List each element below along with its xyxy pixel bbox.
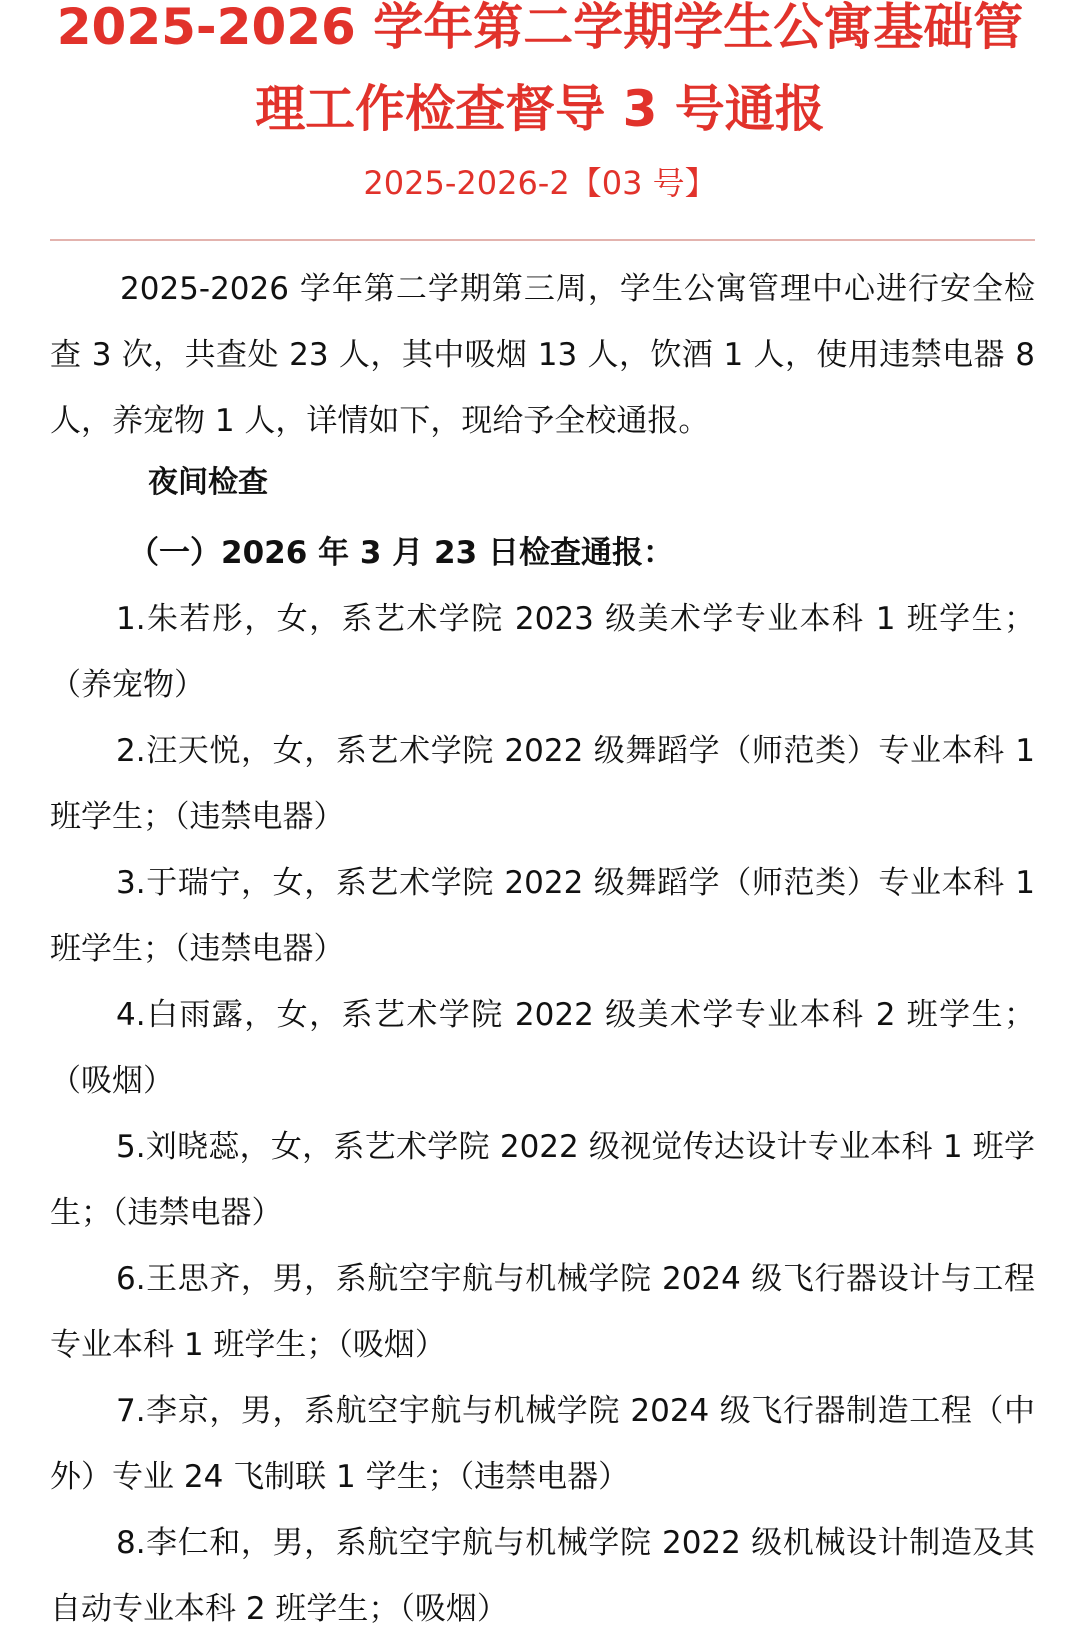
list-item: 3.于瑞宁，女，系艺术学院 2022 级舞蹈学（师范类）专业本科 1 班学生；（… — [50, 850, 1035, 982]
document-number: 2025-2026-2【03 号】 — [0, 163, 1080, 203]
list-item: 6.王思齐，男，系航空宇航与机械学院 2024 级飞行器设计与工程专业本科 1 … — [50, 1246, 1035, 1378]
intro-paragraph: 2025-2026 学年第二学期第三周，学生公寓管理中心进行安全检查 3 次，共… — [50, 256, 1035, 454]
document-title-line-2: 理工作检查督导 3 号通报 — [0, 70, 1080, 148]
violation-list: 1.朱若彤，女，系艺术学院 2023 级美术学专业本科 1 班学生；（养宠物） … — [50, 586, 1035, 1639]
section-heading: 夜间检查 — [148, 458, 268, 508]
list-item: 5.刘晓蕊，女，系艺术学院 2022 级视觉传达设计专业本科 1 班学生；（违禁… — [50, 1114, 1035, 1246]
subsection-heading: （一）2026 年 3 月 23 日检查通报： — [128, 528, 674, 578]
list-item: 7.李京，男，系航空宇航与机械学院 2024 级飞行器制造工程（中外）专业 24… — [50, 1378, 1035, 1510]
list-item: 1.朱若彤，女，系艺术学院 2023 级美术学专业本科 1 班学生；（养宠物） — [50, 586, 1035, 718]
document-title: 2025-2026 学年第二学期学生公寓基础管 理工作检查督导 3 号通报 — [0, 0, 1080, 156]
list-item: 2.汪天悦，女，系艺术学院 2022 级舞蹈学（师范类）专业本科 1 班学生；（… — [50, 718, 1035, 850]
document-title-line-1: 2025-2026 学年第二学期学生公寓基础管 — [0, 0, 1080, 66]
title-divider — [50, 239, 1035, 241]
list-item: 8.李仁和，男，系航空宇航与机械学院 2022 级机械设计制造及其自动专业本科 … — [50, 1510, 1035, 1639]
list-item: 4.白雨露，女，系艺术学院 2022 级美术学专业本科 2 班学生；（吸烟） — [50, 982, 1035, 1114]
